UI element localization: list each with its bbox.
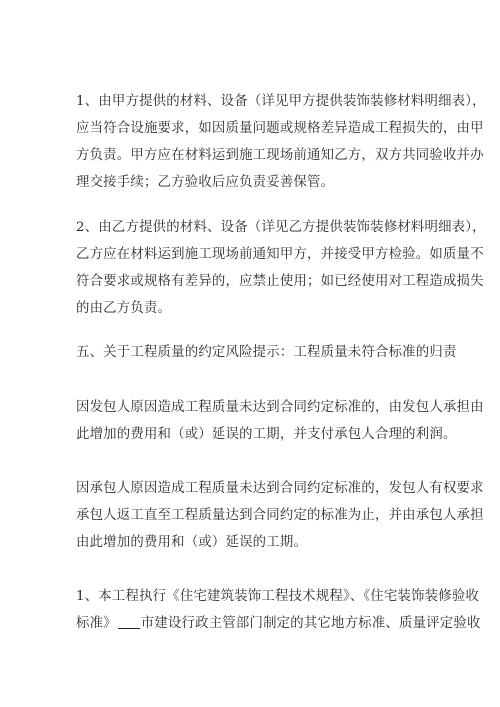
text-line: 理交接手续；乙方验收后应负责妥善保管。 bbox=[76, 169, 456, 196]
text-fragment: 标准》 bbox=[76, 616, 117, 631]
text-fragment: 市建设行政主管部门制定的其它地方标准、质量评定验收 bbox=[141, 616, 481, 631]
paragraph-contractor-fault: 因承包人原因造成工程质量未达到合同约定标准的，发包人有权要求 承包人返工直至工程… bbox=[76, 475, 456, 556]
paragraph-employer-fault: 因发包人原因造成工程质量未达到合同约定标准的，由发包人承担由 此增加的费用和（或… bbox=[76, 394, 456, 448]
text-line: 乙方应在材料运到施工现场前通知甲方，并接受甲方检验。如质量不 bbox=[76, 241, 456, 268]
paragraph-owner-materials: 1、由甲方提供的材料、设备（详见甲方提供装饰装修材料明细表）， 应当符合设施要求… bbox=[76, 88, 456, 196]
text-line: 因发包人原因造成工程质量未达到合同约定标准的，由发包人承担由 bbox=[76, 394, 456, 421]
paragraph-standards: 1、本工程执行《住宅建筑装饰工程技术规程》、《住宅装饰装修验收 标准》市建设行政… bbox=[76, 583, 456, 637]
text-line: 由此增加的费用和（或）延误的工期。 bbox=[76, 529, 456, 556]
text-line: 承包人返工直至工程质量达到合同约定的标准为止，并由承包人承担 bbox=[76, 502, 456, 529]
text-line: 的由乙方负责。 bbox=[76, 295, 456, 322]
text-line: 方负责。甲方应在材料运到施工现场前通知乙方，双方共同验收并办 bbox=[76, 142, 456, 169]
text-line: 标准》市建设行政主管部门制定的其它地方标准、质量评定验收 bbox=[76, 610, 456, 637]
paragraph-contractor-materials: 2、由乙方提供的材料、设备（详见乙方提供装饰装修材料明细表）， 乙方应在材料运到… bbox=[76, 214, 456, 322]
heading-line: 五、关于工程质量的约定风险提示：工程质量未符合标准的归责 bbox=[76, 339, 456, 366]
document-page: 1、由甲方提供的材料、设备（详见甲方提供装饰装修材料明细表）， 应当符合设施要求… bbox=[0, 0, 500, 707]
text-line: 因承包人原因造成工程质量未达到合同约定标准的，发包人有权要求 bbox=[76, 475, 456, 502]
text-line: 应当符合设施要求，如因质量问题或规格差异造成工程损失的，由甲 bbox=[76, 115, 456, 142]
text-line: 符合要求或规格有差异的，应禁止使用；如已经使用对工程造成损失 bbox=[76, 268, 456, 295]
fill-in-blank bbox=[118, 614, 140, 629]
text-line: 此增加的费用和（或）延误的工期，并支付承包人合理的利润。 bbox=[76, 421, 456, 448]
text-line: 1、由甲方提供的材料、设备（详见甲方提供装饰装修材料明细表）， bbox=[76, 88, 456, 115]
text-line: 1、本工程执行《住宅建筑装饰工程技术规程》、《住宅装饰装修验收 bbox=[76, 583, 456, 610]
section-heading-quality: 五、关于工程质量的约定风险提示：工程质量未符合标准的归责 bbox=[76, 339, 456, 366]
text-line: 2、由乙方提供的材料、设备（详见乙方提供装饰装修材料明细表）， bbox=[76, 214, 456, 241]
